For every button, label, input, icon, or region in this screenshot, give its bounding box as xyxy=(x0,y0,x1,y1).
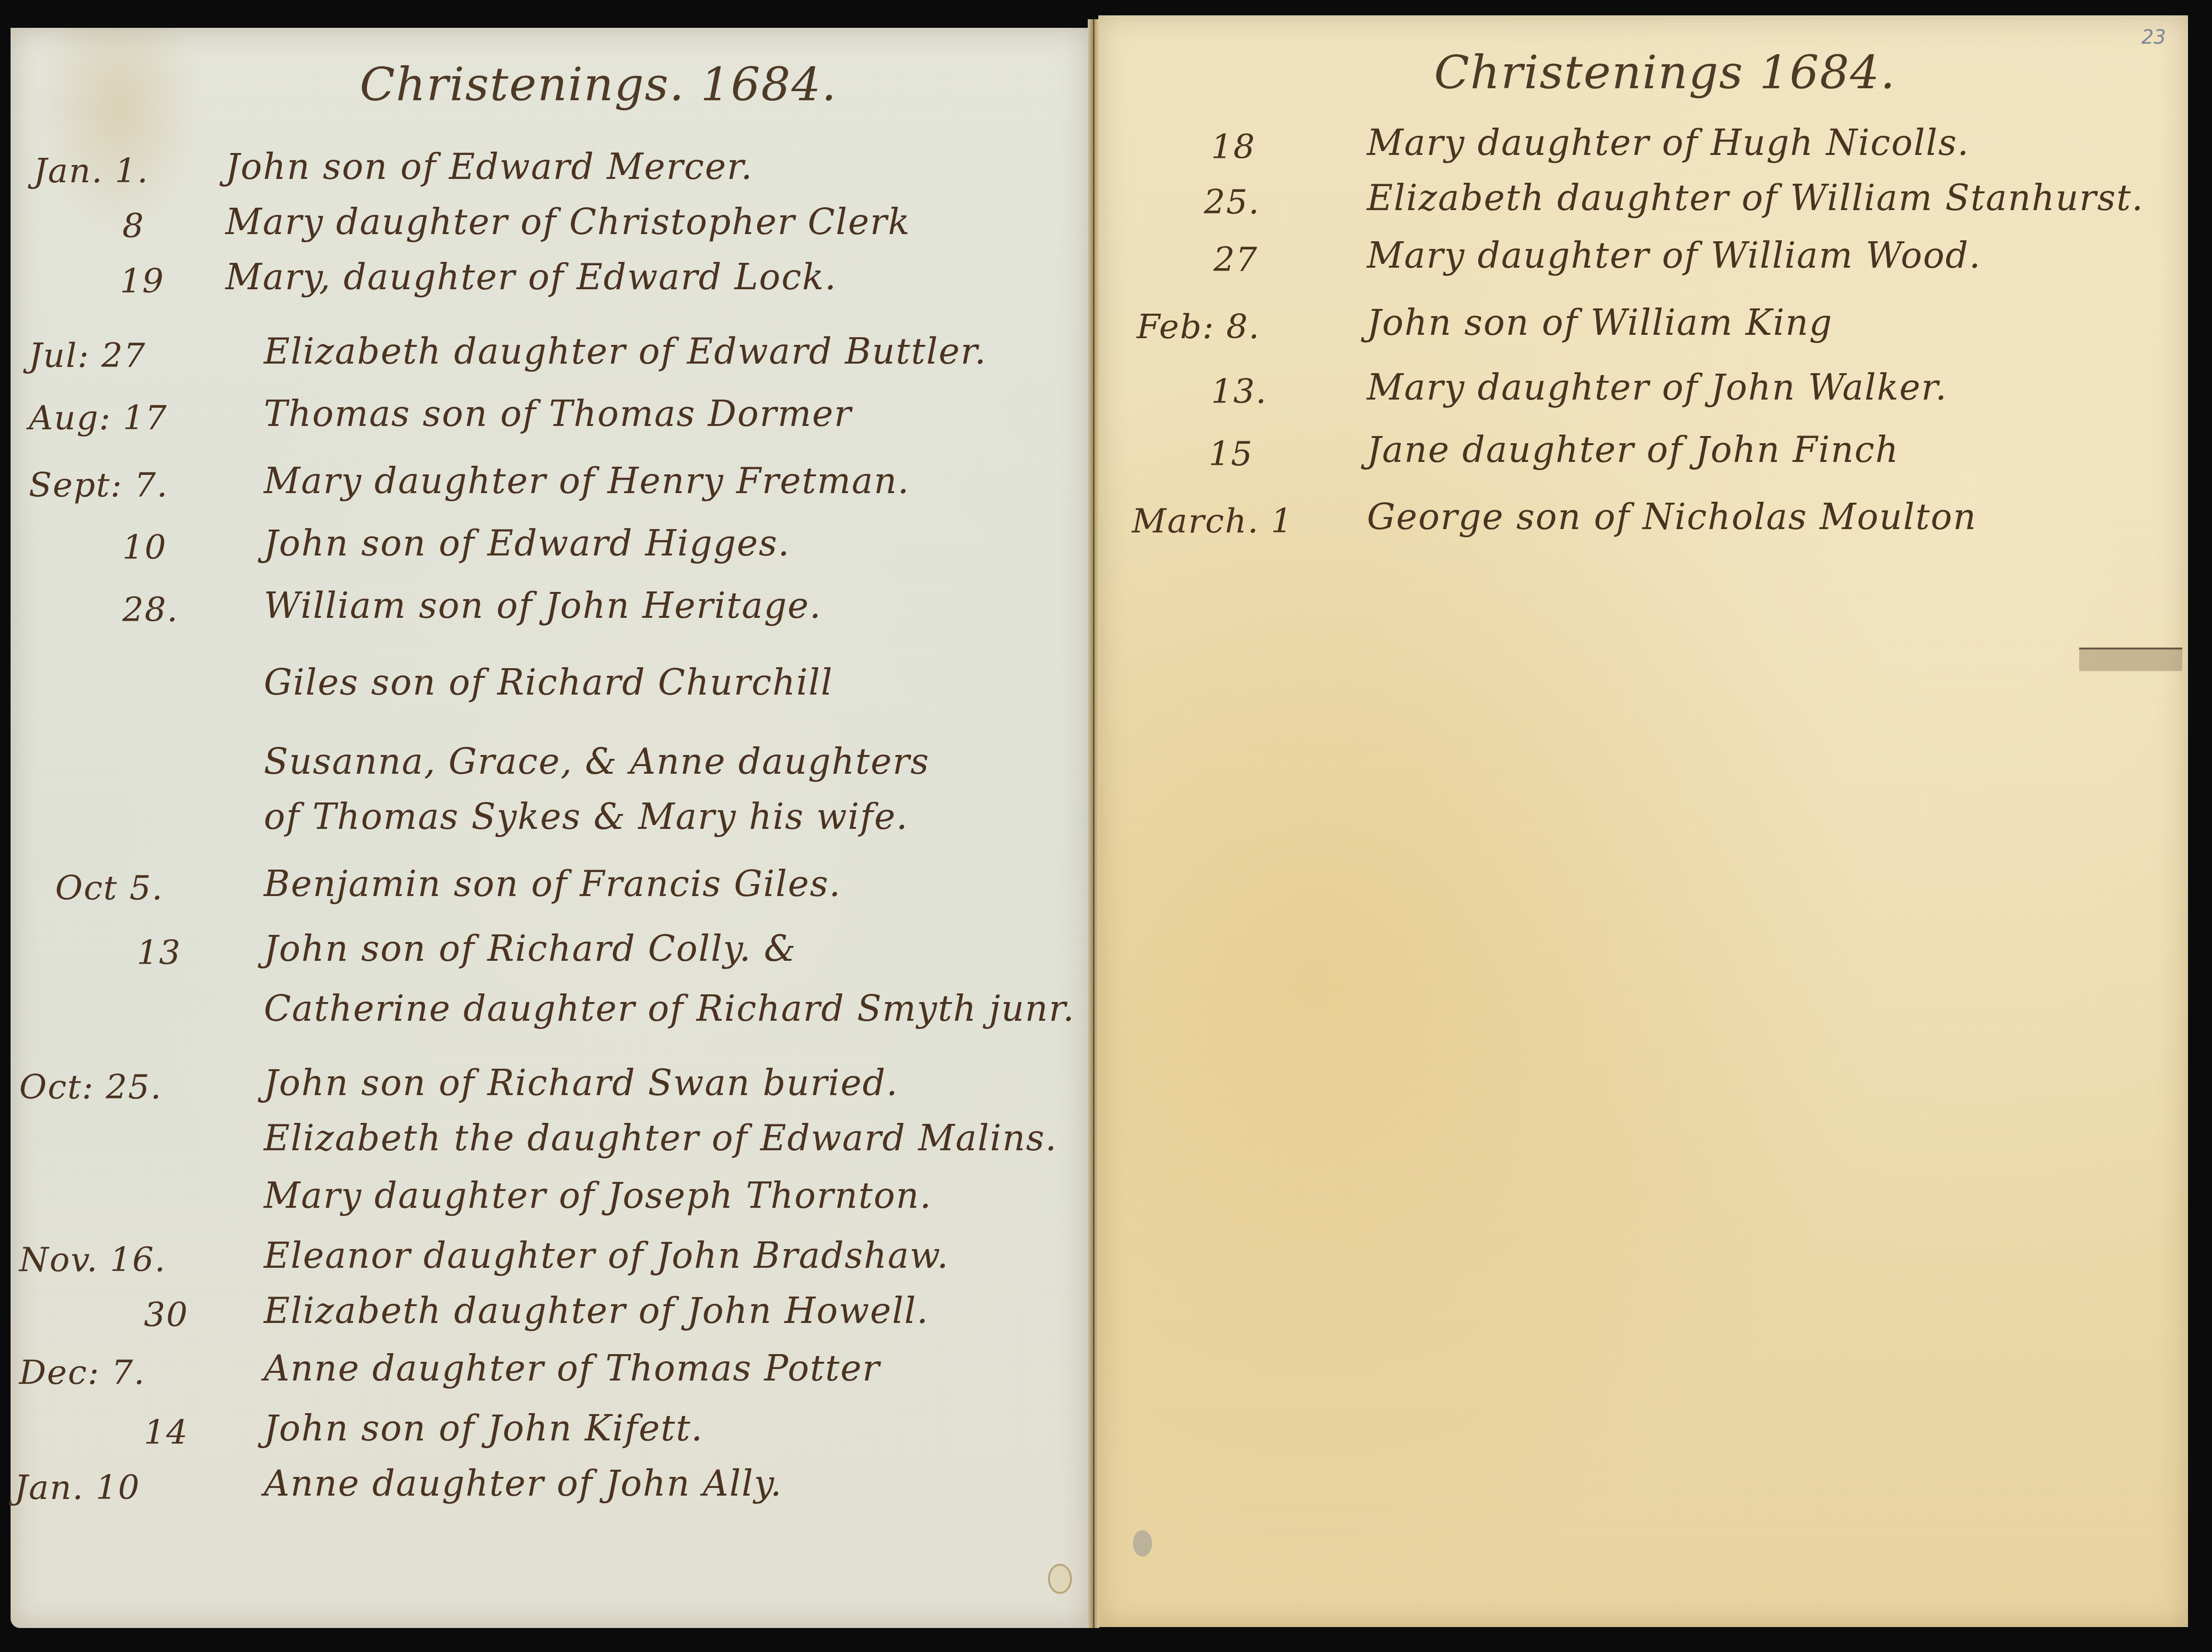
entry-date: 8 xyxy=(122,206,145,246)
entry-text: John son of William King xyxy=(1367,302,1833,343)
entry-text: Elizabeth daughter of William Stanhurst. xyxy=(1367,177,2144,219)
entry-date: Oct: 25. xyxy=(19,1067,162,1107)
entry-date: 14 xyxy=(144,1413,188,1452)
entry-text: Jane daughter of John Finch xyxy=(1367,429,1899,471)
entry-date: 30 xyxy=(144,1295,188,1334)
left-page-heading: Christenings. 1684. xyxy=(360,58,837,111)
entry-text: Thomas son of Thomas Dormer xyxy=(264,393,852,435)
book-gutter xyxy=(1088,19,1099,1628)
entry-text: George son of Nicholas Moulton xyxy=(1367,496,1977,538)
water-stain xyxy=(1048,1564,1072,1594)
entry-date: 19 xyxy=(120,261,165,301)
entry-text: John son of Edward Higges. xyxy=(264,523,790,564)
entry-text: Anne daughter of Thomas Potter xyxy=(264,1348,880,1389)
right-page-heading: Christenings 1684. xyxy=(1434,46,1896,99)
entry-date: 13. xyxy=(1211,372,1267,411)
entry-text: Elizabeth daughter of Edward Buttler. xyxy=(264,331,987,372)
ink-smudge xyxy=(2079,648,2182,671)
entry-date: Jul: 27 xyxy=(29,336,146,375)
entry-date: Oct 5. xyxy=(55,868,164,908)
entry-text: Elizabeth daughter of John Howell. xyxy=(264,1290,929,1332)
entry-text: Mary daughter of John Walker. xyxy=(1367,367,1948,408)
entry-text: Eleanor daughter of John Bradshaw. xyxy=(264,1235,949,1276)
entry-text: John son of Richard Colly. & xyxy=(264,928,797,969)
entry-date: 13 xyxy=(137,933,181,972)
entry-text: Benjamin son of Francis Giles. xyxy=(264,863,841,905)
entry-text: Giles son of Richard Churchill xyxy=(264,662,833,703)
entry-date: Sept: 7. xyxy=(29,465,168,505)
entry-date: 10 xyxy=(122,528,167,567)
entry-text: John son of Edward Mercer. xyxy=(225,146,753,188)
entry-date: Dec: 7. xyxy=(19,1353,145,1392)
entry-date: Nov. 16. xyxy=(19,1240,166,1279)
entry-text: Elizabeth the daughter of Edward Malins. xyxy=(264,1118,1058,1159)
entry-date: March. 1 xyxy=(1132,501,1293,541)
page-number: 23 xyxy=(2141,26,2166,48)
entry-text: John son of Richard Swan buried. xyxy=(264,1062,898,1104)
entry-text: John son of John Kifett. xyxy=(264,1408,703,1449)
entry-text: Mary daughter of Christopher Clerk xyxy=(225,201,910,243)
entry-date: Jan. 10 xyxy=(14,1468,140,1507)
entry-text: Mary daughter of Joseph Thornton. xyxy=(264,1175,932,1216)
entry-text: William son of John Heritage. xyxy=(264,585,822,626)
entry-text: Anne daughter of John Ally. xyxy=(264,1463,782,1504)
water-stain xyxy=(1133,1530,1152,1557)
entry-date: 15 xyxy=(1209,434,1253,473)
entry-text: Mary daughter of William Wood. xyxy=(1367,235,1981,276)
entry-text: Mary, daughter of Edward Lock. xyxy=(225,257,837,298)
entry-date: Aug: 17 xyxy=(29,398,167,437)
entry-date: Feb: 8. xyxy=(1137,307,1260,346)
entry-text: Catherine daughter of Richard Smyth junr… xyxy=(264,988,1075,1029)
entry-date: 28. xyxy=(122,590,178,629)
entry-text: Mary daughter of Henry Fretman. xyxy=(264,460,910,502)
entry-text: Susanna, Grace, & Anne daughters xyxy=(264,741,930,782)
entry-date: 25. xyxy=(1204,182,1260,222)
entry-date: Jan. 1. xyxy=(34,151,149,190)
entry-text: Mary daughter of Hugh Nicolls. xyxy=(1367,122,1970,164)
entry-date: 27 xyxy=(1213,240,1258,279)
entry-text: of Thomas Sykes & Mary his wife. xyxy=(264,796,908,838)
entry-date: 18 xyxy=(1211,127,1256,166)
